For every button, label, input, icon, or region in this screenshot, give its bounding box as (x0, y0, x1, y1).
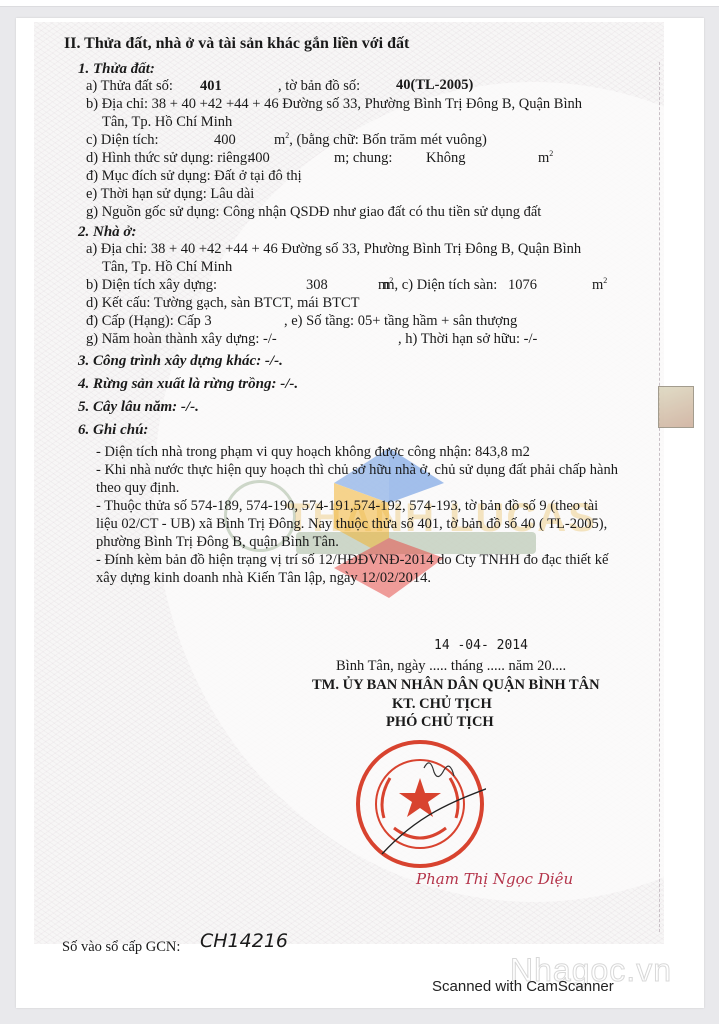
usage-private-value: 400 (248, 149, 270, 167)
usage-origin: g) Nguồn gốc sử dụng: Công nhận QSDĐ như… (86, 203, 541, 221)
usage-purpose: đ) Mục đích sử dụng: Đất ở tại đô thị (86, 167, 302, 185)
parcel-number: 401 (200, 77, 222, 95)
structure: d) Kết cấu: Tường gạch, sàn BTCT, mái BT… (86, 294, 360, 312)
gcn-number: CH14216 (200, 932, 288, 950)
floor-area-value: 1076 (508, 276, 537, 294)
usage-shared-label: m; chung: (334, 149, 392, 167)
usage-shared-value: Không (426, 149, 465, 167)
land-address-line2: Tân, Tp. Hồ Chí Minh (102, 113, 232, 131)
stamped-date: 14 -04- 2014 (434, 638, 528, 653)
section2-title: 2. Nhà ở: (78, 223, 136, 241)
usage-form-label: d) Hình thức sử dụng: riêng: (86, 149, 251, 167)
map-sheet-label: , tờ bản đồ số: (278, 77, 360, 95)
official-seal-icon (354, 738, 486, 870)
house-address-line1: a) Địa chỉ: 38 + 40 +42 +44 + 46 Đường s… (86, 240, 581, 258)
note-line: - Thuộc thửa số 574-189, 574-190, 574-19… (96, 497, 598, 515)
area-label: c) Diện tích: (86, 131, 158, 149)
note-line: - Khi nhà nước thực hiện quy hoạch thì c… (96, 461, 618, 479)
map-sheet-number: 40(TL-2005) (396, 76, 473, 94)
note-line: liệu 02/CT - UB) xã Bình Trị Đông. Nay t… (96, 515, 607, 533)
note-line: - Đính kèm bản đồ hiện trạng vị trí số 1… (96, 551, 608, 569)
ownership-term: , h) Thời hạn sở hữu: -/- (398, 330, 537, 348)
place-date: Bình Tân, ngày ..... tháng ..... năm 20.… (336, 657, 566, 675)
section-heading: II. Thửa đất, nhà ở và tài sản khác gắn … (64, 35, 409, 53)
signer-name: Phạm Thị Ngọc Diệu (416, 870, 573, 888)
section6-title: 6. Ghi chú: (78, 421, 148, 439)
section3-other-works: 3. Công trình xây dựng khác: -/-. (78, 352, 283, 370)
top-strip (0, 0, 719, 7)
scanned-page: II. Thửa đất, nhà ở và tài sản khác gắn … (16, 18, 704, 1008)
house-address-line2: Tân, Tp. Hồ Chí Minh (102, 258, 232, 276)
issuing-authority: TM. ỦY BAN NHÂN DÂN QUẬN BÌNH TÂN (312, 676, 600, 694)
usage-shared-unit: m2 (538, 149, 553, 167)
area-unit: m2, (bằng chữ: Bốn trăm mét vuông) (274, 131, 487, 149)
usage-term: e) Thời hạn sử dụng: Lâu dài (86, 185, 254, 203)
floor-area-unit: m2 (592, 276, 607, 294)
scanner-watermark: Scanned with CamScanner (432, 978, 614, 995)
signer-title-2: PHÓ CHỦ TỊCH (386, 713, 494, 731)
note-line: xây dựng kinh doanh nhà Kiến Tân lập, ng… (96, 569, 431, 587)
floor-area-label: m2m, c) Diện tích sàn: (378, 276, 497, 294)
parcel-label: a) Thửa đất số: (86, 77, 173, 95)
note-line: phường Bình Trị Đông B, quận Bình Tân. (96, 533, 339, 551)
construction-area-value: 308 (306, 276, 328, 294)
note-line: - Diện tích nhà trong phạm vi quy hoạch … (96, 443, 530, 461)
completion-year: g) Năm hoàn thành xây dựng: -/- (86, 330, 277, 348)
gcn-label: Số vào sổ cấp GCN: (62, 938, 180, 956)
section1-title: 1. Thửa đất: (78, 60, 155, 78)
construction-area-label: b) Diện tích xây dựng: (86, 276, 217, 294)
floor-count: , e) Số tầng: 05+ tầng hầm + sân thượng (284, 312, 517, 330)
signer-title-1: KT. CHỦ TỊCH (392, 695, 492, 713)
land-address-line1: b) Địa chỉ: 38 + 40 +42 +44 + 46 Đường s… (86, 95, 582, 113)
document-content: II. Thửa đất, nhà ở và tài sản khác gắn … (16, 18, 704, 1008)
note-line: theo quy định. (96, 479, 179, 497)
section4-forest: 4. Rừng sản xuất là rừng trồng: -/-. (78, 375, 298, 393)
building-grade: đ) Cấp (Hạng): Cấp 3 (86, 312, 212, 330)
area-value: 400 (214, 131, 236, 149)
section5-perennial: 5. Cây lâu năm: -/-. (78, 398, 199, 416)
